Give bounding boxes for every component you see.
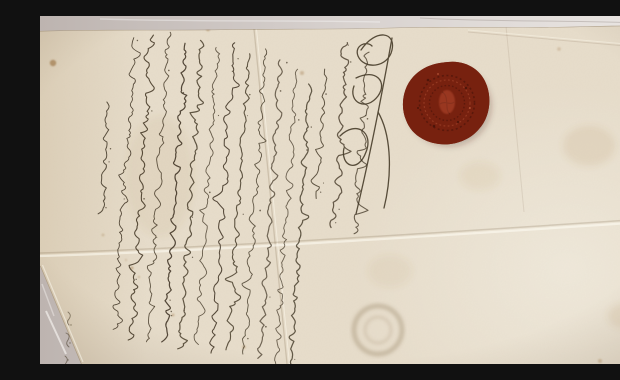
stain-spot (102, 234, 105, 237)
stain-spot (300, 71, 304, 75)
monogram-dot (70, 324, 71, 325)
seal-speckle (469, 107, 471, 109)
stain-wash (368, 255, 412, 287)
seal-speckle (433, 125, 436, 128)
seal-center-motif (439, 90, 455, 114)
stain-wash (460, 162, 500, 190)
letter-photo-canvas (40, 16, 620, 364)
monogram-dot (67, 359, 68, 360)
seal-speckle (465, 87, 467, 89)
stain-wash (126, 116, 194, 236)
monogram-dot (69, 342, 70, 343)
seal-speckle (417, 107, 419, 109)
stain-spot (557, 47, 561, 51)
letter-photo: L. J. C. die 29. Nov. 858 Josephus … (40, 16, 620, 364)
seal-speckle (437, 73, 439, 75)
seal-speckle (427, 79, 430, 82)
stain-spot (125, 259, 127, 261)
wax-seal (403, 62, 491, 146)
stain-spot (138, 276, 140, 278)
seal-speckle (457, 121, 459, 123)
stain-wash (563, 126, 615, 166)
stain-spot (598, 359, 602, 363)
stain-spot (50, 60, 56, 66)
